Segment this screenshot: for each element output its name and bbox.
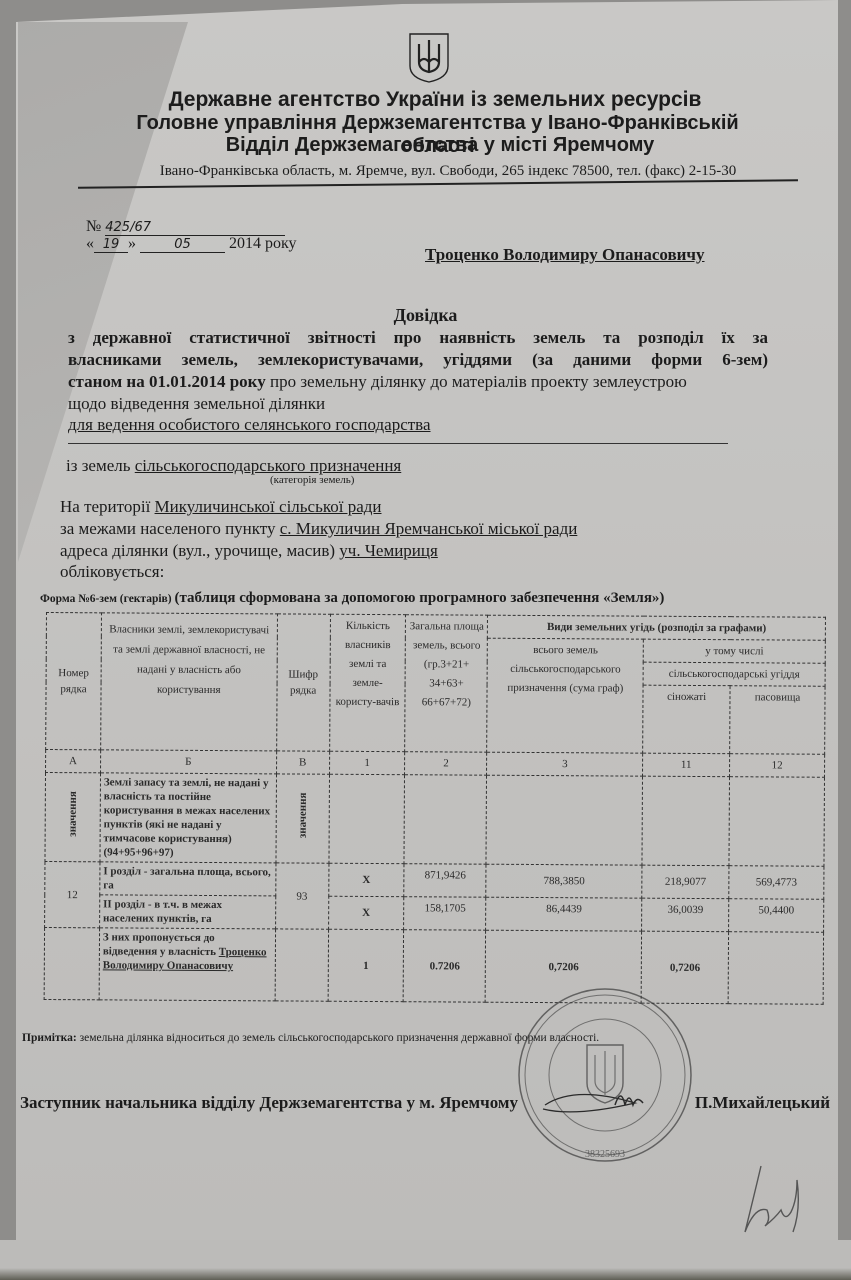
intro-line-1: з державної статистичної звітності про н… xyxy=(68,327,768,349)
intro-line-3: станом на 01.01.2014 року про земельну д… xyxy=(68,371,768,393)
header-including: у тому числі xyxy=(643,639,825,663)
column-code: 1 xyxy=(329,751,405,774)
cell-hay xyxy=(642,776,729,866)
column-code: 3 xyxy=(487,752,643,776)
table-row: 12 I розділ - загальна площа, всього, га… xyxy=(45,861,824,899)
header-agri-lands: сільськогосподарські угіддя xyxy=(643,662,825,686)
header-row-number: Номер рядка xyxy=(46,613,102,750)
date-month: 05 xyxy=(140,237,225,253)
column-code: 2 xyxy=(405,752,487,775)
column-code: Б xyxy=(100,750,276,774)
cell-total: 871,9426 xyxy=(404,864,486,897)
note-label: Примітка: xyxy=(22,1032,77,1044)
form-note: (таблиця сформована за допомогою програм… xyxy=(174,590,664,606)
intro-line-2: власниками земель, землекористувачами, у… xyxy=(68,349,768,371)
official-stamp-icon: 38325693 xyxy=(515,985,695,1165)
row-code xyxy=(275,929,328,1001)
blank-line xyxy=(68,443,728,444)
header-pastures: пасовища xyxy=(730,686,825,755)
division-name: Відділ Держземагентства у місті Яремчому xyxy=(100,134,780,157)
territory-line: На території Микуличинської сільської ра… xyxy=(60,497,382,517)
land-category: сільськогосподарського призначення xyxy=(135,456,402,475)
signatory-name: П.Михайлецький xyxy=(695,1093,830,1113)
cell-agri: 788,3850 xyxy=(486,864,642,898)
header-count: Кількість власників землі та земле-корис… xyxy=(329,614,406,751)
cell-pasture: 569,4773 xyxy=(729,866,824,900)
document-title: Довідка xyxy=(0,305,851,326)
handwritten-signature-icon xyxy=(735,1160,815,1240)
as-of-date: станом на 01.01.2014 року xyxy=(68,372,266,391)
parcel-address-label: адреса ділянки (вул., урочище, масив) xyxy=(60,541,339,560)
row-label-prefix: З них пропонується до відведення у власн… xyxy=(103,931,219,958)
cell-total xyxy=(404,775,486,864)
header-code: Шифр рядка xyxy=(276,614,330,751)
intro-line-3-rest: про земельну ділянку до матеріалів проек… xyxy=(266,372,687,391)
row-number-cell: значення xyxy=(45,773,100,862)
cell-pasture: 50,4400 xyxy=(729,899,824,933)
land-category-line: із земель сільськогосподарського признач… xyxy=(66,455,766,477)
column-code: 12 xyxy=(730,754,825,778)
cell-count: X xyxy=(328,863,404,896)
outside-value: с. Микуличин Яремчанської міської ради xyxy=(280,519,578,538)
row-code: значення xyxy=(293,793,311,839)
number-sign: № xyxy=(86,218,101,235)
note: Примітка: земельна ділянка відноситься д… xyxy=(22,1032,599,1044)
territory-label: На території xyxy=(60,497,155,516)
row-number: 12 xyxy=(45,861,100,927)
trident-coat-of-arms-icon xyxy=(407,32,451,84)
column-code: В xyxy=(276,751,329,774)
desk-background xyxy=(0,1240,851,1280)
addressee: Троценко Володимиру Опанасовичу xyxy=(425,245,705,265)
cell-pasture xyxy=(728,932,823,1005)
header-land-types: Види земельних угідь (розподіл за графам… xyxy=(488,615,826,640)
stamp-code: 38325693 xyxy=(585,1149,625,1160)
header-agri-total: всього земель сільськогосподарського при… xyxy=(487,638,644,753)
territory-value: Микуличинської сільської ради xyxy=(155,497,382,516)
header-owners: Власники землі, землекористувачі та земл… xyxy=(101,613,278,751)
office-address: Івано-Франківська область, м. Яремче, ву… xyxy=(108,163,788,180)
signature-line: Заступник начальника відділу Держземаген… xyxy=(20,1093,840,1113)
form-caption: Форма №6-зем (гектарів) (таблиця сформов… xyxy=(40,590,664,607)
row-code-cell: значення xyxy=(276,774,329,863)
parcel-address-value: уч. Чемириця xyxy=(339,541,438,560)
reference-date: «19» 05 2014 року xyxy=(86,235,297,253)
header-hayfields: сіножаті xyxy=(643,685,730,754)
cell-count: X xyxy=(328,896,404,929)
cell-count: 1 xyxy=(328,929,404,1001)
outside-label: за межами населеного пункту xyxy=(60,519,280,538)
quote-close: » xyxy=(128,235,136,252)
land-statistics-table: Номер рядка Власники землі, землекористу… xyxy=(44,612,826,1005)
date-day: 19 xyxy=(94,237,128,253)
row-label: II розділ - в т.ч. в межах населених пун… xyxy=(100,895,276,929)
intro-line-4: щодо відведення земельної ділянки xyxy=(68,393,768,415)
reference-number: № 425/67 xyxy=(86,218,285,236)
cell-agri: 86,4439 xyxy=(486,897,642,931)
row-code: 93 xyxy=(275,863,328,929)
category-caption: (категорія земель) xyxy=(270,474,354,486)
agency-name: Державне агентство України із земельних … xyxy=(150,88,720,112)
reference-number-value: 425/67 xyxy=(105,220,285,236)
table-row: З них пропонується до відведення у власн… xyxy=(44,927,823,1004)
table-row: значення Землі запасу та землі, не надан… xyxy=(45,773,825,867)
cell-total: 158,1705 xyxy=(404,897,486,930)
cell-hay: 36,0039 xyxy=(642,898,729,932)
parcel-address-line: адреса ділянки (вул., урочище, масив) уч… xyxy=(60,541,438,561)
cell-agri xyxy=(486,775,642,865)
cell-total: 0.7206 xyxy=(404,930,486,1002)
table-row: II розділ - в т.ч. в межах населених пун… xyxy=(45,894,824,932)
outside-settlement-line: за межами населеного пункту с. Микуличин… xyxy=(60,519,577,539)
row-number xyxy=(44,927,99,999)
quote-open: « xyxy=(86,235,94,252)
land-purpose: для ведення особистого селянського госпо… xyxy=(68,414,768,436)
cell-pasture xyxy=(729,777,824,867)
row-number: значення xyxy=(64,791,82,837)
signatory-position: Заступник начальника відділу Держземаген… xyxy=(20,1093,518,1112)
cell-count xyxy=(329,774,405,863)
row-label: З них пропонується до відведення у власн… xyxy=(99,928,275,1001)
header-total-area: Загальна площа земель, всього (гр.3+21+ … xyxy=(405,615,488,752)
row-label: I розділ - загальна площа, всього, га xyxy=(100,862,276,896)
category-prefix: із земель xyxy=(66,456,135,475)
cell-hay: 218,9077 xyxy=(642,865,729,899)
row-label: Землі запасу та землі, не надані у власн… xyxy=(100,773,276,863)
registered-label: обліковується: xyxy=(60,562,164,582)
date-year: 2014 року xyxy=(229,235,297,252)
table-header-row: Номер рядка Власники землі, землекористу… xyxy=(46,613,825,641)
column-code: 11 xyxy=(643,753,730,777)
form-name: Форма №6-зем (гектарів) xyxy=(40,593,174,605)
column-code: А xyxy=(46,750,101,773)
